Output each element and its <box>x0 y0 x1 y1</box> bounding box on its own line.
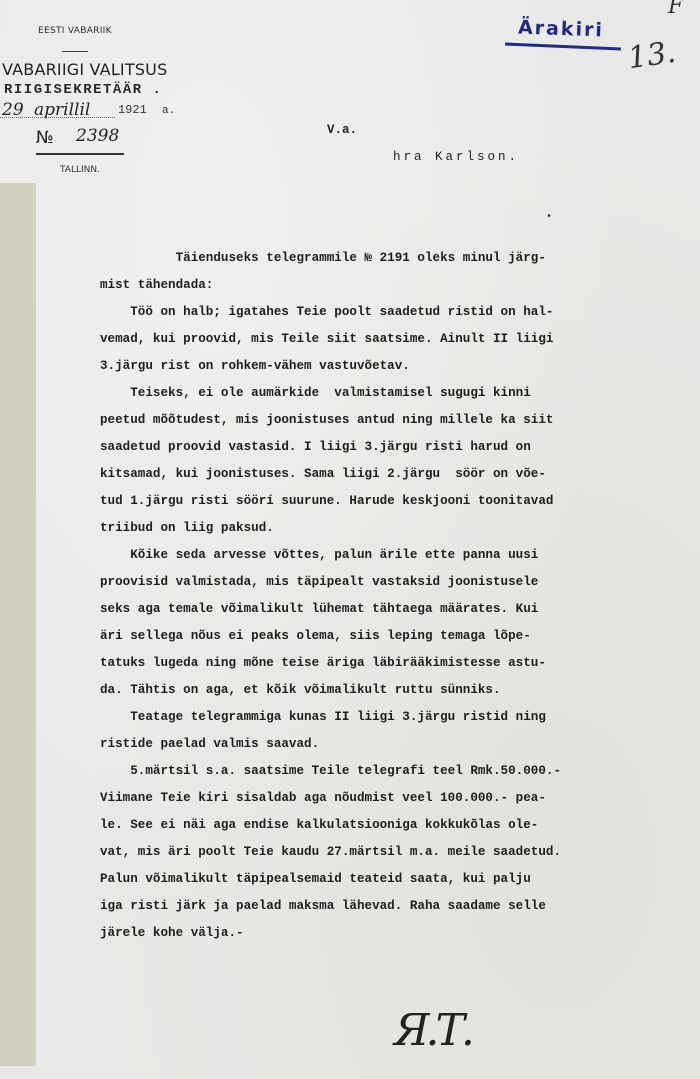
body-line: järele kohe välja.- <box>100 920 700 947</box>
number-label: № <box>36 128 54 148</box>
date-suffix: a. <box>162 105 175 117</box>
handwritten-mark: F <box>668 0 683 19</box>
body-line: Viimane Teie kiri sisaldab aga nõudmist … <box>100 785 700 812</box>
body-line: Teiseks, ei ole aumärkide valmistamisel … <box>100 380 700 407</box>
handwritten-signature: Я.Т. <box>394 1005 471 1056</box>
addressee-prefix: V.a. <box>327 123 357 137</box>
letterhead-government: VABARIIGI VALITSUS <box>2 60 167 79</box>
scan-margin-strip <box>0 183 36 1066</box>
body-line: vat, mis äri poolt Teie kaudu 27.märtsil… <box>100 839 700 866</box>
stamp-underline <box>505 42 621 50</box>
body-line: iga risti järk ja paelad maksma lähevad.… <box>100 893 700 920</box>
date-year: 1921 <box>118 103 147 117</box>
letter-body: Täienduseks telegrammile № 2191 oleks mi… <box>100 245 700 947</box>
body-line: seks aga temale võimalikult lühemat täht… <box>100 596 700 623</box>
body-line: saadetud proovid vastasid. I liigi 3.jär… <box>100 434 700 461</box>
body-line: äri sellega nõus ei peaks olema, siis le… <box>100 623 700 650</box>
body-line: Teatage telegrammiga kunas II liigi 3.jä… <box>100 704 700 731</box>
document-page: EESTI VABARIIK VABARIIGI VALITSUS ¨ ¨ RI… <box>0 0 700 1079</box>
copy-stamp: Ärakiri <box>518 17 605 42</box>
body-line: triibud on liig paksud. <box>100 515 700 542</box>
body-line: 5.märtsil s.a. saatsime Teile telegrafi … <box>100 758 700 785</box>
letterhead-date: 29 aprillil 1921 a. <box>0 100 180 122</box>
handwritten-page-number: 13. <box>626 35 678 76</box>
document-number: 2398 <box>76 126 119 146</box>
body-line: tud 1.järgu risti söörí suurune. Harude … <box>100 488 700 515</box>
body-line: Töö on halb; igatahes Teie poolt saadetu… <box>100 299 700 326</box>
letterhead-city: TALLINN. <box>60 165 100 175</box>
letterhead-divider <box>62 51 88 52</box>
body-line: Kõike seda arvesse võttes, palun ärile e… <box>100 542 700 569</box>
body-line: tatuks lugeda ning mõne teise äriga läbi… <box>100 650 700 677</box>
body-line: kitsamad, kui joonistuses. Sama liigi 2.… <box>100 461 700 488</box>
stray-mark: • <box>546 212 552 223</box>
letterhead-country: EESTI VABARIIK <box>38 26 112 36</box>
body-line: 3.järgu rist on rohkem-vähem vastuvõetav… <box>100 353 700 380</box>
body-line: mist tähendada: <box>100 272 700 299</box>
body-line: peetud mõõtudest, mis joonistuses antud … <box>100 407 700 434</box>
date-dotted-line <box>0 117 115 118</box>
body-line: vemad, kui proovid, mis Teile siit saats… <box>100 326 700 353</box>
addressee-name: hra Karlson. <box>393 150 519 164</box>
body-line: da. Tähtis on aga, et kõik võimalikult r… <box>100 677 700 704</box>
body-line: Palun võimalikult täpipealsemaid teateid… <box>100 866 700 893</box>
body-line: ristide paelad valmis saavad. <box>100 731 700 758</box>
body-line: proovisid valmistada, mis täpipealt vast… <box>100 569 700 596</box>
letterhead-office: RIIGISEKRETÄÄR . <box>4 82 162 98</box>
body-line: le. See ei näi aga endise kalkulatsiooni… <box>100 812 700 839</box>
number-underline <box>36 153 124 155</box>
body-line: Täienduseks telegrammile № 2191 oleks mi… <box>100 245 700 272</box>
